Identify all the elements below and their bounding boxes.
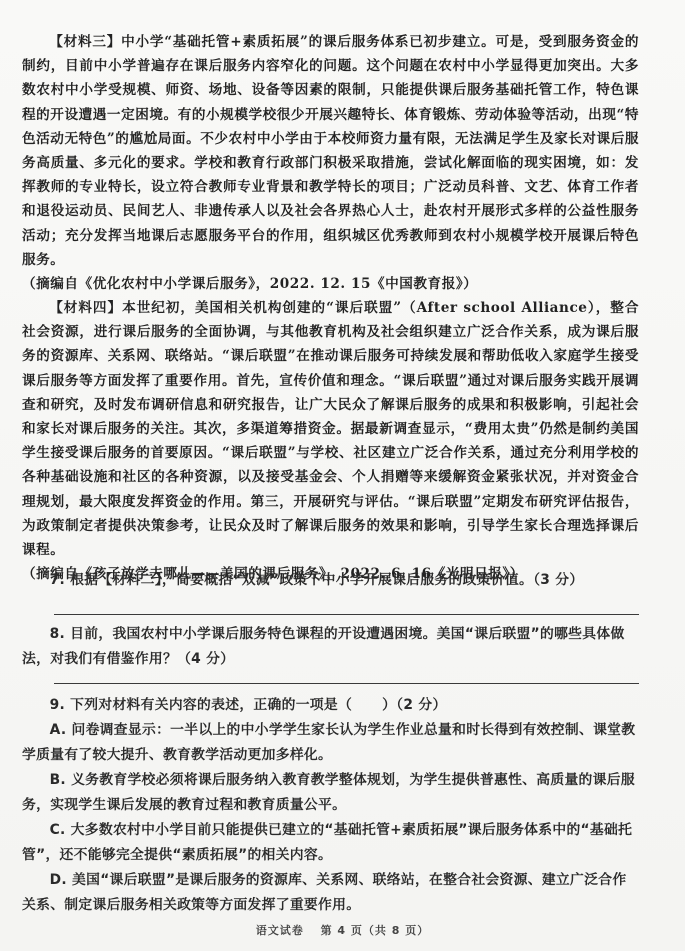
page-footer: 语文试卷 第 4 页（共 8 页） [0, 922, 685, 938]
material-four: 【材料四】本世纪初，美国相关机构创建的“课后联盟”（After school A… [22, 296, 639, 586]
question-7: 7. 根据【材料二】，简要概括“双减”政策下中小学开展课后服务的政策价值。（3 … [22, 568, 639, 593]
question-7-number: 7. [50, 572, 65, 588]
footer-page-number: 第 4 页（共 8 页） [321, 924, 430, 937]
material-three-paragraph: 【材料三】中小学“基础托管+素质拓展”的课后服务体系已初步建立。可是，受到服务资… [22, 30, 639, 272]
option-a: A. 问卷调查显示：一半以上的中小学学生家长认为学生作业总量和时长得到有效控制、… [22, 718, 639, 768]
question-9: 9. 下列对材料有关内容的表述，正确的一项是（）（2 分） A. 问卷调查显示：… [22, 693, 639, 918]
question-7-answer-line[interactable] [54, 614, 639, 615]
option-a-letter: A. [50, 722, 67, 738]
material-three-label: 【材料三】 [49, 34, 121, 50]
question-8-text: 8. 目前，我国农村中小学课后服务特色课程的开设遭遇困境。美国“课后联盟”的哪些… [22, 622, 639, 672]
question-7-text: 7. 根据【材料二】，简要概括“双减”政策下中小学开展课后服务的政策价值。（3 … [22, 568, 639, 593]
option-d: D. 美国“课后联盟”是课后服务的资源库、关系网、联络站，在整合社会资源、建立广… [22, 868, 639, 918]
question-8-answer-line[interactable] [54, 683, 639, 684]
option-d-letter: D. [50, 872, 67, 888]
footer-subject: 语文试卷 [256, 924, 304, 937]
option-b: B. 义务教育学校必须将课后服务纳入教育教学整体规划，为学生提供普惠性、高质量的… [22, 768, 639, 818]
material-four-label: 【材料四】 [49, 300, 122, 316]
material-three: 【材料三】中小学“基础托管+素质拓展”的课后服务体系已初步建立。可是，受到服务资… [22, 30, 639, 296]
question-9-number: 9. [50, 697, 65, 713]
option-b-letter: B. [50, 772, 66, 788]
question-8-number: 8. [50, 626, 65, 642]
material-four-text: 本世纪初，美国相关机构创建的“课后联盟”（After school Allian… [22, 300, 639, 558]
question-8: 8. 目前，我国农村中小学课后服务特色课程的开设遭遇困境。美国“课后联盟”的哪些… [22, 622, 639, 672]
material-four-paragraph: 【材料四】本世纪初，美国相关机构创建的“课后联盟”（After school A… [22, 296, 639, 562]
option-c: C. 大多数农村中小学目前只能提供已建立的“基础托管+素质拓展”课后服务体系中的… [22, 818, 639, 868]
material-three-text: 中小学“基础托管+素质拓展”的课后服务体系已初步建立。可是，受到服务资金的制约，… [22, 34, 639, 268]
question-9-stem: 9. 下列对材料有关内容的表述，正确的一项是（）（2 分） [22, 693, 639, 718]
material-three-source: （摘编自《优化农村中小学课后服务》，2022. 12. 15《中国教育报》） [22, 272, 639, 296]
option-c-letter: C. [50, 822, 66, 838]
exam-page: 【材料三】中小学“基础托管+素质拓展”的课后服务体系已初步建立。可是，受到服务资… [0, 0, 685, 951]
